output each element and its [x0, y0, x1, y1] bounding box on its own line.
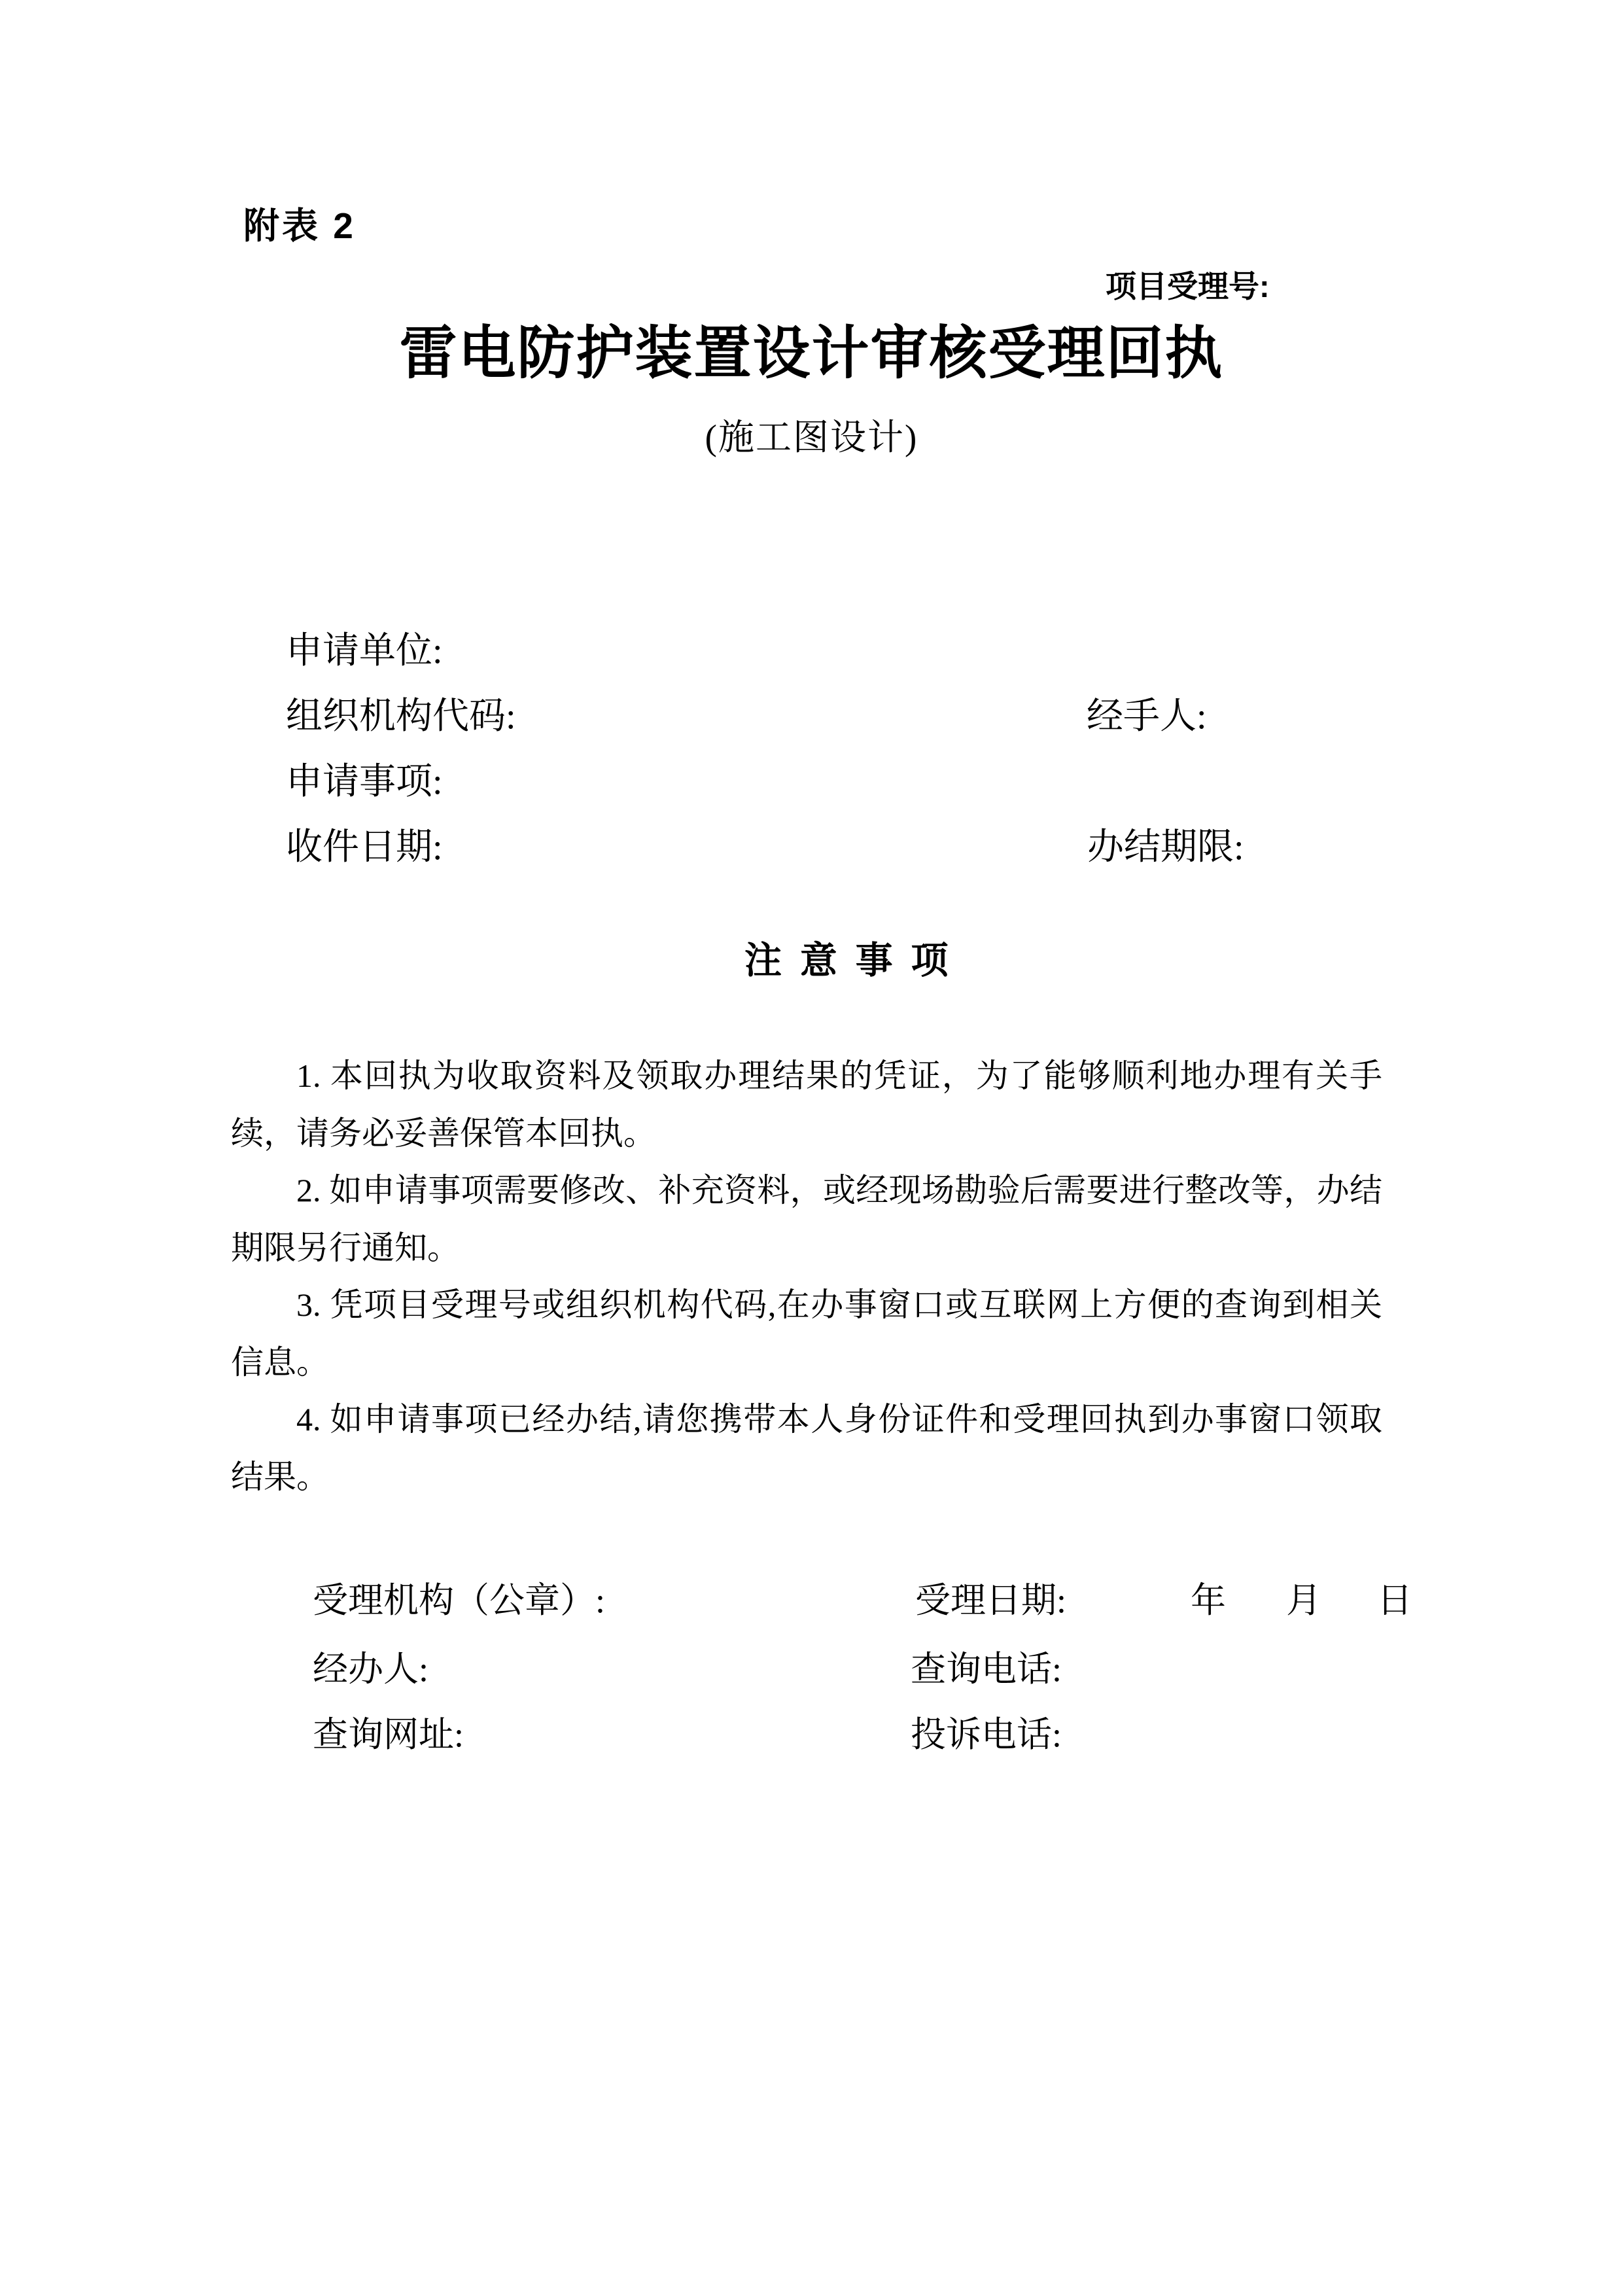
notice-item-4: 4. 如申请事项已经办结,请您携带本人身份证件和受理回执到办事窗口领取 结果。: [231, 1391, 1382, 1506]
footer-inquiry-site-label: 查询网址:: [313, 1717, 464, 1752]
field-deadline-label: 办结期限:: [1087, 829, 1244, 866]
notice-item-4-line-1: 4. 如申请事项已经办结,请您携带本人身份证件和受理回执到办事窗口领取: [231, 1391, 1382, 1449]
notice-item-2: 2. 如申请事项需要修改、补充资料，或经现场勘验后需要进行整改等，办结 期限另行…: [231, 1162, 1382, 1277]
notice-list: 1. 本回执为收取资料及领取办理结果的凭证，为了能够顺利地办理有关手 续，请务必…: [231, 1048, 1382, 1506]
notice-item-1: 1. 本回执为收取资料及领取办理结果的凭证，为了能够顺利地办理有关手 续，请务必…: [231, 1048, 1382, 1162]
document-title: 雷电防护装置设计审核受理回执: [0, 326, 1623, 383]
notice-item-3: 3. 凭项目受理号或组织机构代码,在办事窗口或互联网上方便的查询到相关 信息。: [231, 1277, 1382, 1391]
field-application-item-label: 申请事项:: [286, 764, 443, 800]
footer-operator-label: 经办人:: [313, 1651, 428, 1687]
footer-day-label: 日: [1377, 1581, 1412, 1620]
notice-item-1-line-1: 1. 本回执为收取资料及领取办理结果的凭证，为了能够顺利地办理有关手: [231, 1048, 1382, 1105]
footer-accept-date-row: 受理日期:年月日: [915, 1583, 1412, 1618]
document-page: 附表 2 项目受理号: 雷电防护装置设计审核受理回执 (施工图设计) 申请单位:…: [0, 0, 1623, 2296]
notice-item-4-line-2: 结果。: [231, 1449, 1382, 1506]
field-handler-label: 经手人:: [1087, 698, 1207, 735]
notice-item-3-line-1: 3. 凭项目受理号或组织机构代码,在办事窗口或互联网上方便的查询到相关: [231, 1277, 1382, 1334]
footer-month-label: 月: [1286, 1581, 1321, 1620]
footer-complaint-phone-label: 投诉电话:: [911, 1717, 1062, 1752]
document-subtitle: (施工图设计): [0, 419, 1623, 455]
notice-heading: 注 意 事 项: [744, 942, 949, 980]
notice-item-2-line-2: 期限另行通知。: [231, 1220, 1382, 1277]
notice-item-1-line-2: 续，请务必妥善保管本回执。: [231, 1105, 1382, 1163]
field-receive-date-label: 收件日期:: [286, 829, 443, 866]
acceptance-number-label: 项目受理号:: [1106, 271, 1270, 302]
footer-year-label: 年: [1191, 1581, 1226, 1620]
footer-accept-date-label: 受理日期:: [915, 1581, 1066, 1620]
notice-item-2-line-1: 2. 如申请事项需要修改、补充资料，或经现场勘验后需要进行整改等，办结: [231, 1162, 1382, 1220]
field-applicant-unit-label: 申请单位:: [286, 633, 443, 669]
footer-agency-label: 受理机构（公章）:: [313, 1583, 605, 1618]
footer-inquiry-phone-label: 查询电话:: [911, 1651, 1062, 1687]
field-org-code-label: 组织机构代码:: [286, 698, 516, 735]
notice-item-3-line-2: 信息。: [231, 1334, 1382, 1392]
page-label: 附表 2: [243, 208, 356, 244]
